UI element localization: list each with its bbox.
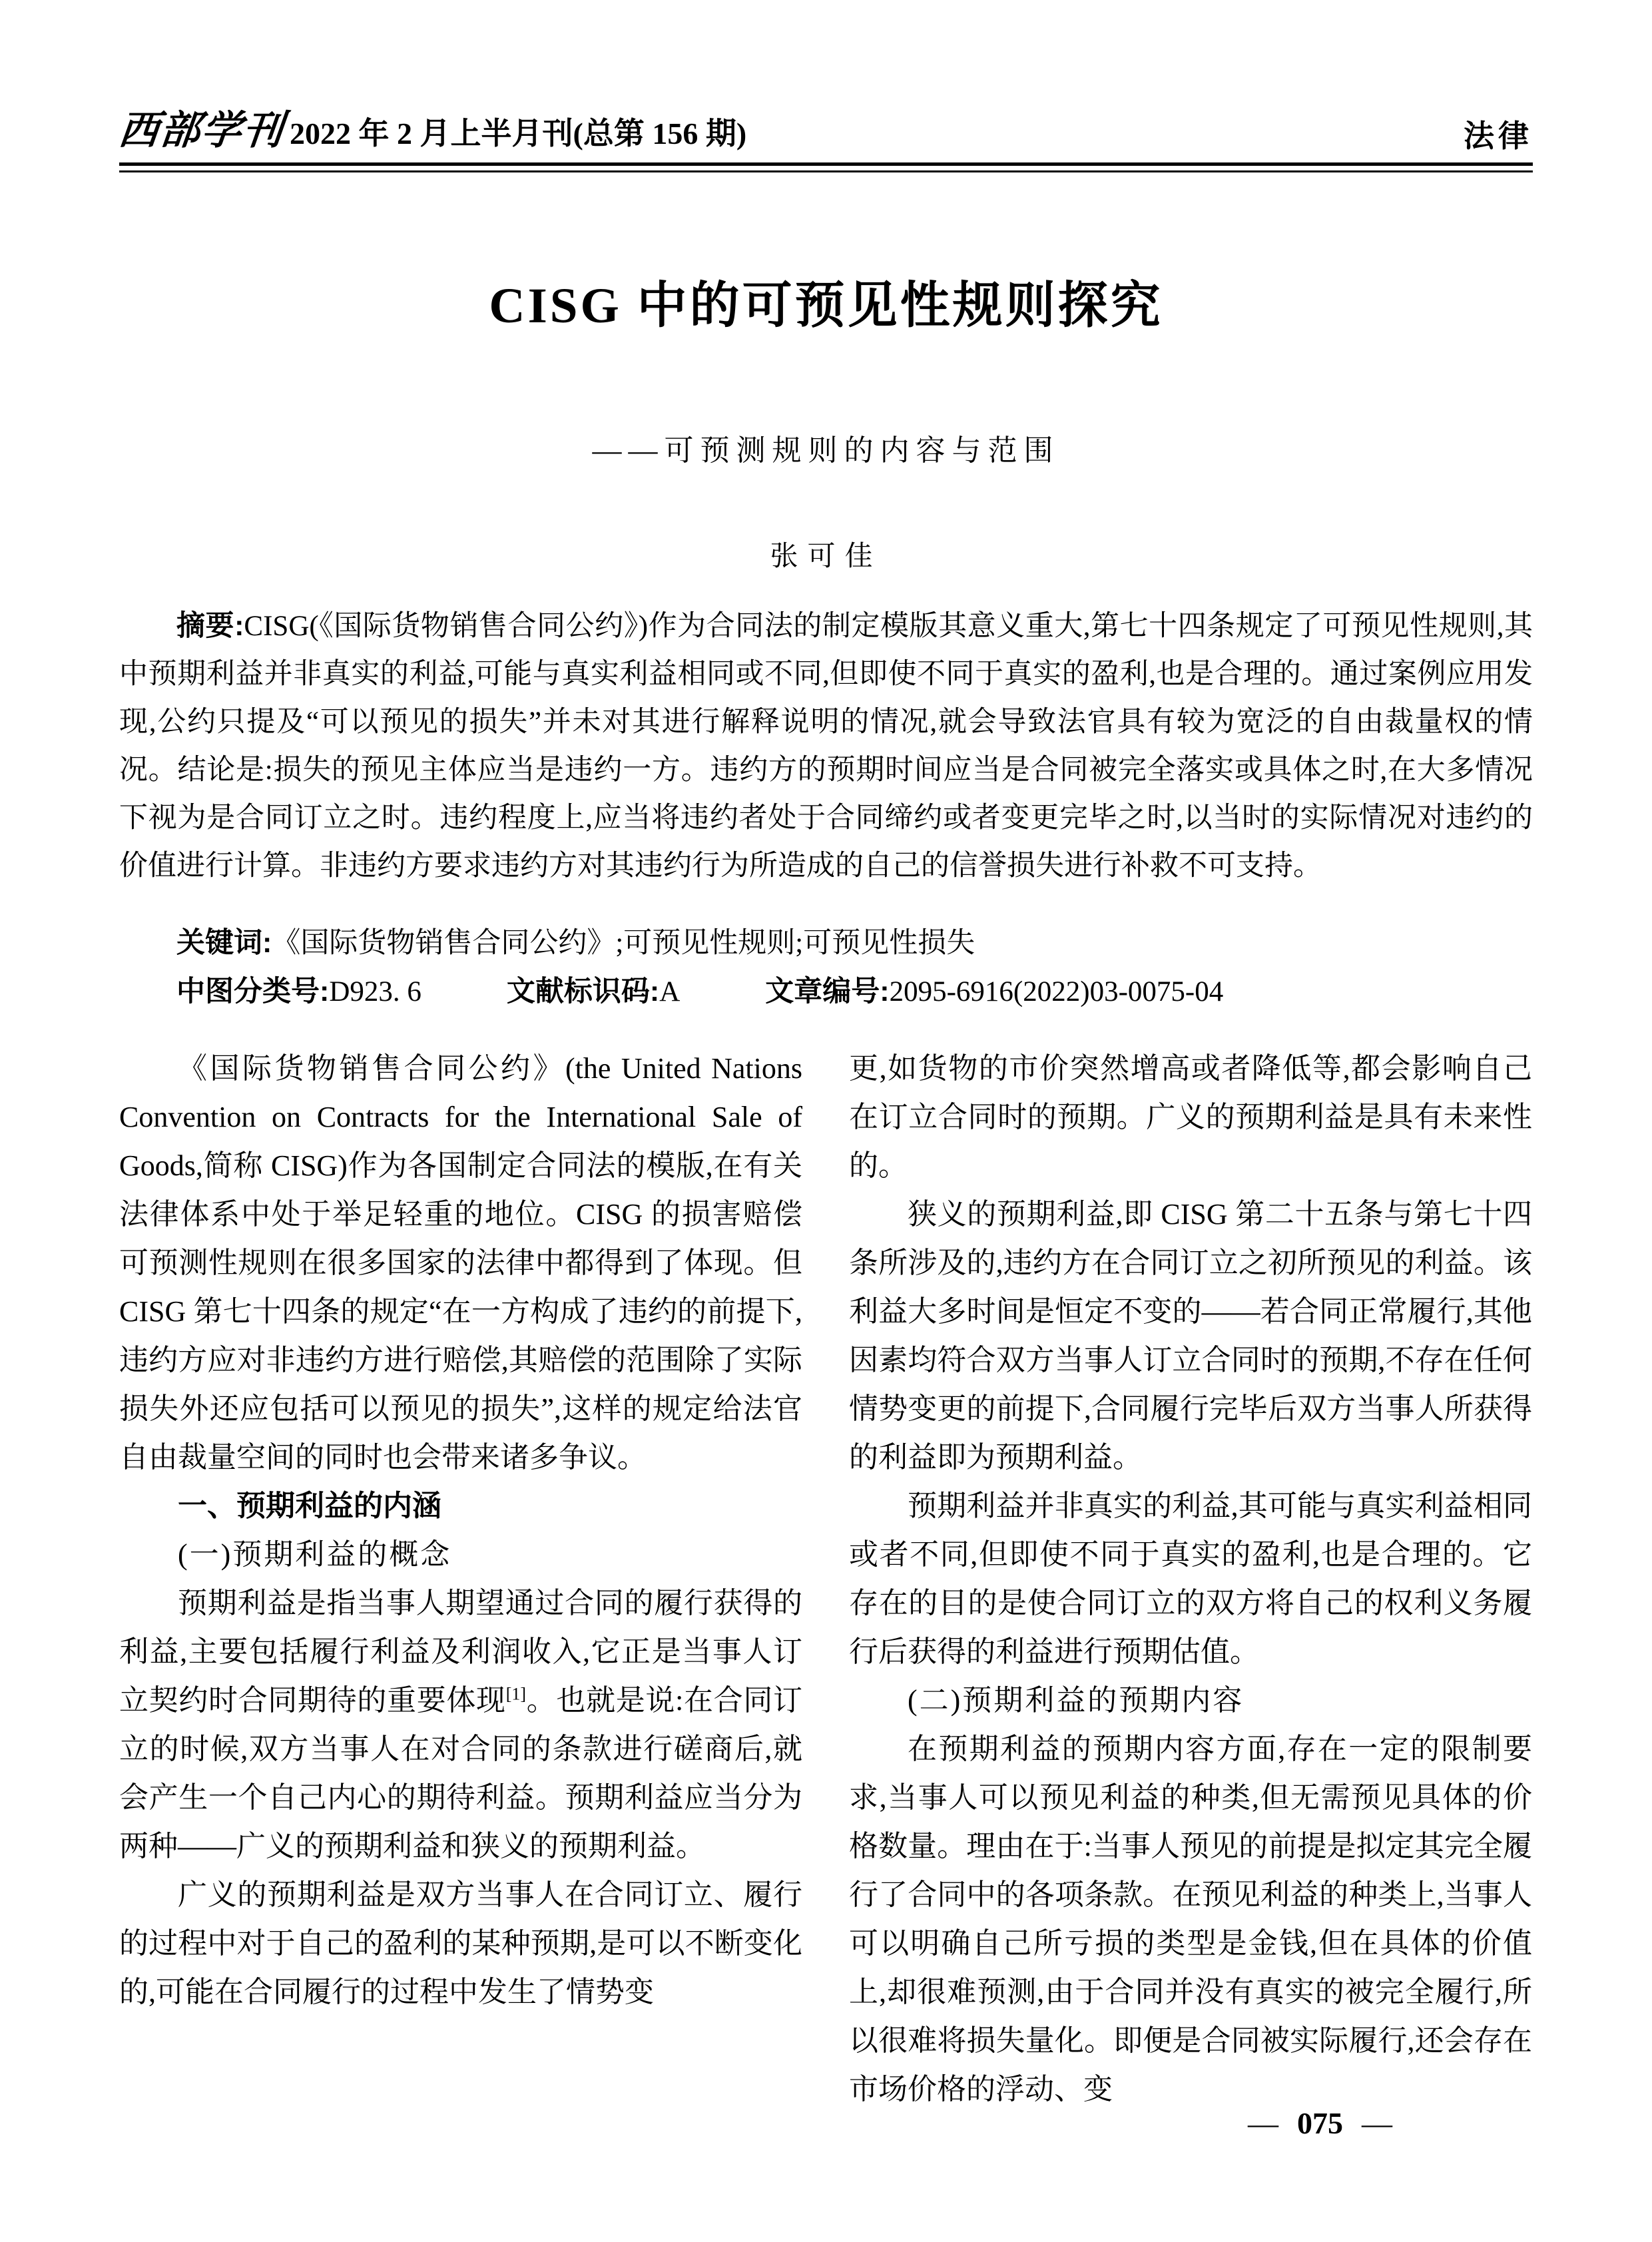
journal-logo: 西部学刊 <box>116 99 287 156</box>
abstract-text: CISG(《国际货物销售合同公约》)作为合同法的制定模版其意义重大,第七十四条规… <box>119 611 1533 882</box>
page-number-right-dash: — <box>1362 2106 1392 2140</box>
article-subtitle: ——可预测规则的内容与范围 <box>119 426 1533 469</box>
article-no-group: 文章编号:2095-6916(2022)03-0075-04 <box>765 976 1223 1007</box>
header-left: 西部学刊2022 年 2 月上半月刊(总第 156 期) <box>119 99 746 156</box>
keywords-label: 关键词: <box>176 927 272 959</box>
abstract-label: 摘要: <box>176 610 244 642</box>
classification-line: 中图分类号:D923. 6文献标识码:A文章编号:2095-6916(2022)… <box>119 968 1533 1016</box>
keywords-line: 关键词:《国际货物销售合同公约》;可预见性规则;可预见性损失 <box>119 919 1533 968</box>
page-number: —075— <box>1239 2105 1402 2141</box>
paragraph-continuation: 更,如货物的市价突然增高或者降低等,都会影响自己在订立合同时的预期。广义的预期利… <box>849 1044 1532 1190</box>
subsection-heading: (一)预期利益的概念 <box>119 1530 802 1579</box>
clc-label: 中图分类号: <box>176 976 329 1007</box>
article-no-value: 2095-6916(2022)03-0075-04 <box>890 976 1224 1007</box>
paragraph: 在预期利益的预期内容方面,存在一定的限制要求,当事人可以预见利益的种类,但无需预… <box>849 1725 1532 2113</box>
paragraph: 《国际货物销售合同公约》(the United Nations Conventi… <box>119 1044 802 1482</box>
section-heading: 一、预期利益的内涵 <box>119 1482 802 1530</box>
article-no-label: 文章编号: <box>765 976 889 1007</box>
body-columns: 《国际货物销售合同公约》(the United Nations Conventi… <box>119 1044 1533 2113</box>
paragraph: 预期利益是指当事人期望通过合同的履行获得的利益,主要包括履行利益及利润收入,它正… <box>119 1579 802 1870</box>
clc-group: 中图分类号:D923. 6 <box>176 976 421 1007</box>
doc-code-label: 文献标识码: <box>507 976 659 1007</box>
clc-value: D923. 6 <box>329 976 421 1007</box>
journal-issue-info: 2022 年 2 月上半月刊(总第 156 期) <box>290 117 746 150</box>
subsection-heading: (二)预期利益的预期内容 <box>849 1676 1532 1725</box>
page-content: 西部学刊2022 年 2 月上半月刊(总第 156 期) 法律 CISG 中的可… <box>119 0 1533 2113</box>
section-label: 法律 <box>1464 112 1533 156</box>
page-header: 西部学刊2022 年 2 月上半月刊(总第 156 期) 法律 <box>119 0 1533 156</box>
paragraph: 预期利益并非真实的利益,其可能与真实利益相同或者不同,但即使不同于真实的盈利,也… <box>849 1482 1532 1676</box>
page-number-left-dash: — <box>1248 2106 1278 2140</box>
article-title: CISG 中的可预见性规则探究 <box>119 279 1533 334</box>
footnote-ref: [1] <box>506 1684 526 1703</box>
page-number-value: 075 <box>1297 2106 1343 2140</box>
header-double-rule <box>119 162 1533 172</box>
paragraph: 狭义的预期利益,即 CISG 第二十五条与第七十四条所涉及的,违约方在合同订立之… <box>849 1190 1532 1482</box>
right-column: 更,如货物的市价突然增高或者降低等,都会影响自己在订立合同时的预期。广义的预期利… <box>849 1044 1532 2113</box>
article-author: 张可佳 <box>119 534 1533 574</box>
doc-code-group: 文献标识码:A <box>507 976 680 1007</box>
doc-code-value: A <box>659 976 680 1007</box>
left-column: 《国际货物销售合同公约》(the United Nations Conventi… <box>119 1044 802 2113</box>
abstract-paragraph: 摘要:CISG(《国际货物销售合同公约》)作为合同法的制定模版其意义重大,第七十… <box>119 602 1533 890</box>
keywords-text: 《国际货物销售合同公约》;可预见性规则;可预见性损失 <box>272 928 975 959</box>
paragraph: 广义的预期利益是双方当事人在合同订立、履行的过程中对于自己的盈利的某种预期,是可… <box>119 1870 802 2016</box>
